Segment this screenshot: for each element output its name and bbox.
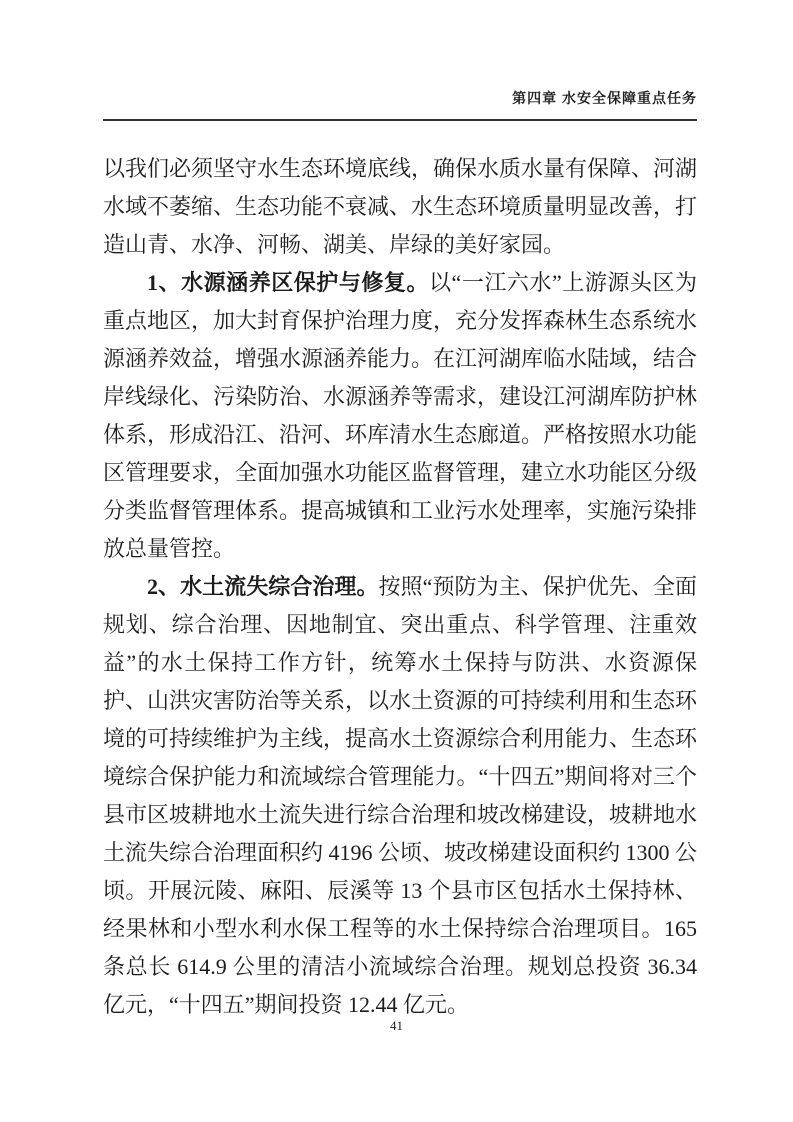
paragraph-source-conservation-heading: 1、水源涵养区保护与修复。 xyxy=(147,270,429,295)
paragraph-source-conservation: 1、水源涵养区保护与修复。以“一江六水”上游源头区为重点地区，加大封育保护治理力… xyxy=(103,264,697,568)
page-header: 第四章 水安全保障重点任务 xyxy=(103,88,697,108)
page-number: 41 xyxy=(390,1018,403,1033)
chapter-title: 第四章 水安全保障重点任务 xyxy=(512,90,697,106)
document-page: 第四章 水安全保障重点任务 以我们必须坚守水生态环境底线，确保水质水量有保障、河… xyxy=(0,0,793,1122)
paragraph-soil-erosion: 2、水土流失综合治理。按照“预防为主、保护优先、全面规划、综合治理、因地制宜、突… xyxy=(103,568,697,1024)
paragraph-intro-text: 以我们必须坚守水生态环境底线，确保水质水量有保障、河湖水域不萎缩、生态功能不衰减… xyxy=(103,156,697,257)
header-rule xyxy=(103,119,697,121)
page-footer: 41 xyxy=(0,1018,793,1034)
document-body: 以我们必须坚守水生态环境底线，确保水质水量有保障、河湖水域不萎缩、生态功能不衰减… xyxy=(103,150,697,1024)
paragraph-source-conservation-text: 以“一江六水”上游源头区为重点地区，加大封育保护治理力度，充分发挥森林生态系统水… xyxy=(103,270,697,561)
paragraph-soil-erosion-heading: 2、水土流失综合治理。 xyxy=(147,574,379,599)
paragraph-soil-erosion-text: 按照“预防为主、保护优先、全面规划、综合治理、因地制宜、突出重点、科学管理、注重… xyxy=(103,574,697,1017)
paragraph-intro: 以我们必须坚守水生态环境底线，确保水质水量有保障、河湖水域不萎缩、生态功能不衰减… xyxy=(103,150,697,264)
